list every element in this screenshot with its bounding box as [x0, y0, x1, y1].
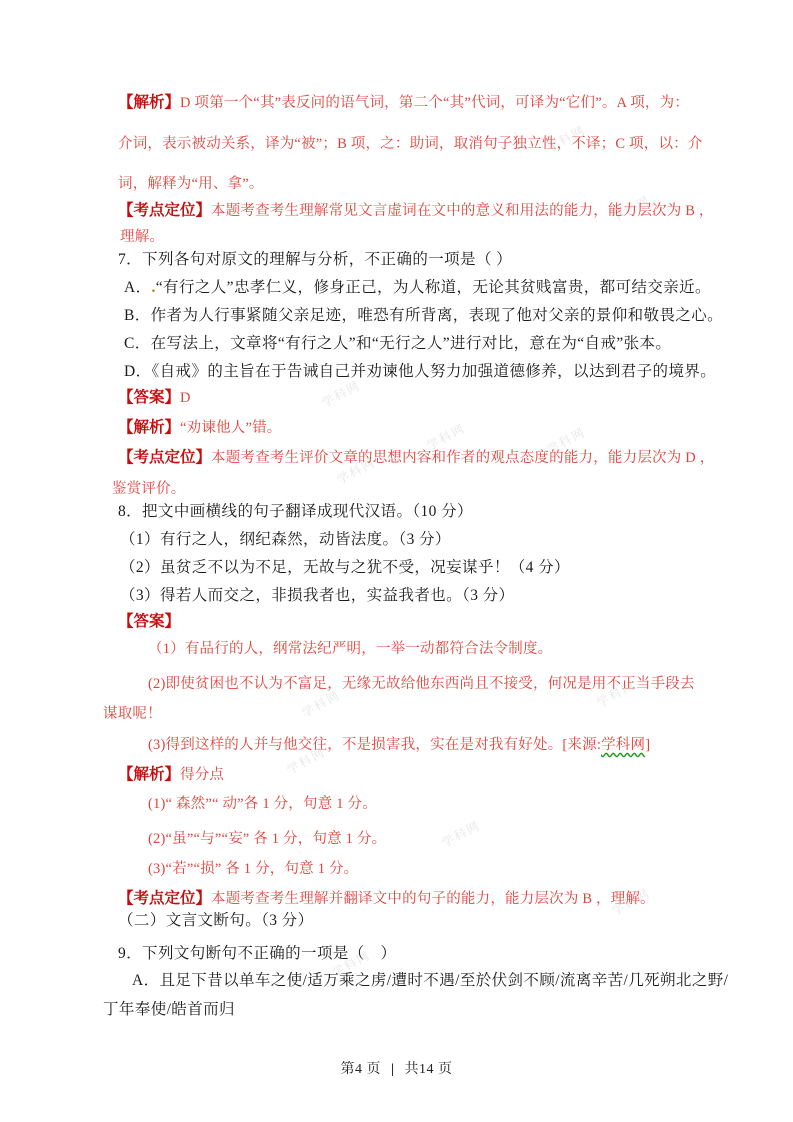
- q8-item2: （2）虽贫乏不以为不足，无故与之犹不受，况妄谋乎！（4 分）: [120, 559, 570, 578]
- source-bracket-close: ]: [645, 737, 650, 753]
- section2-title: （二）文言文断句。（3 分）: [118, 912, 313, 931]
- kaodian-text: 本题考查考生理解常见文言虚词在文中的意义和用法的能力，能力层次为 B ，: [211, 203, 714, 219]
- analysis-text: 介词，表示被动关系，译为“被”；B 项，之：助词，取消句子独立性，不译；C 项，…: [118, 136, 703, 152]
- footer-total-pages: 共14 页: [405, 1062, 453, 1077]
- q7-answer: 【答案】D: [118, 389, 191, 408]
- q6-kaodian-line1: 【考点定位】本题考查考生理解常见文言虚词在文中的意义和用法的能力，能力层次为 B…: [118, 202, 714, 221]
- kaodian-label: 【考点定位】: [118, 449, 211, 466]
- q8-kaodian: 【考点定位】本题考查考生理解并翻译文中的句子的能力，能力层次为 B ，理解。: [118, 890, 655, 909]
- q8-stem: 8．把文中画横线的句子翻译成现代汉语。（10 分）: [118, 503, 473, 522]
- q8-point2: (2)“虽”“与”“妄” 各 1 分，句意 1 分。: [148, 831, 386, 848]
- analysis-text: “劝谏他人”错。: [180, 420, 281, 436]
- q7-stem: 7．下列各句对原文的理解与分析，不正确的一项是（ ）: [118, 251, 512, 270]
- item-text: （2）虽贫乏不以为不足，无故与之犹不受，况妄谋乎！（4 分）: [120, 559, 570, 576]
- analysis-label: 【解析】: [118, 419, 180, 436]
- q8-item3: （3）得若人而交之，非损我者也，实益我者也。（3 分）: [120, 587, 514, 606]
- question-text: 7．下列各句对原文的理解与分析，不正确的一项是（ ）: [118, 251, 512, 268]
- item-text: （3）得若人而交之，非损我者也，实益我者也。（3 分）: [120, 587, 514, 604]
- option-text: B．作者为人行事紧随父亲足迹，唯恐有所背离，表现了他对父亲的景仰和敬畏之心。: [124, 307, 723, 324]
- answer-label: 【答案】: [118, 389, 180, 406]
- analysis-text: 得分点: [180, 767, 224, 783]
- option-text: A．且足下昔以单车之使/适万乘之虏/遭时不遇/至於伏剑不顾/流离辛苦/几死朔北之…: [132, 972, 728, 989]
- q8-answer2-line1: (2)即使贫困也不认为不富足，无缘无故给他东西尚且不接受，何况是用不正当手段去: [148, 676, 695, 693]
- question-text: 9．下列文句断句不正确的一项是（ ）: [118, 945, 396, 962]
- answer-text: D: [180, 390, 191, 406]
- analysis-text: 词，解释为“用、拿”。: [118, 176, 264, 192]
- q7-option-c: C．在写法上，文章将“有行之人”和“无行之人”进行对比，意在为“自戒”张本。: [124, 335, 671, 354]
- q9-option-a-line1: A．且足下昔以单车之使/适万乘之虏/遭时不遇/至於伏剑不顾/流离辛苦/几死朔北之…: [132, 972, 728, 991]
- kaodian-text: 本题考查考生评价文章的思想内容和作者的观点态度的能力，能力层次为 D ，: [211, 450, 714, 466]
- q7-kaodian-line2: 鉴赏评价。: [112, 481, 186, 498]
- q8-item1: （1）有行之人，纲纪森然，动皆法度。（3 分）: [120, 531, 451, 550]
- page-footer: 第4 页|共14 页: [0, 1058, 793, 1078]
- kaodian-text: 本题考查考生理解并翻译文中的句子的能力，能力层次为 B ，理解。: [211, 891, 655, 907]
- q6-analysis-line1: 【解析】D 项第一个“其”表反问的语气词，第二个“其”代词，可译为“它们”。A …: [118, 94, 689, 113]
- footer-separator: |: [381, 1062, 405, 1077]
- q6-analysis-line2: 介词，表示被动关系，译为“被”；B 项，之：助词，取消句子独立性，不译；C 项，…: [118, 136, 703, 153]
- item-text: （1）有行之人，纲纪森然，动皆法度。（3 分）: [120, 531, 451, 548]
- document-page: 学科网 学科网 学科网 学科网 学科网 学科网 学科网 学科网 学科网 学科网 …: [0, 0, 793, 1122]
- answer-text: (2)即使贫困也不认为不富足，无缘无故给他东西尚且不接受，何况是用不正当手段去: [148, 676, 695, 692]
- option-text: 丁年奉使/皓首而归: [103, 1001, 235, 1018]
- answer-text: （1）有品行的人，纲常法纪严明，一举一动都符合法令制度。: [148, 641, 552, 657]
- analysis-label: 【解析】: [118, 94, 180, 111]
- point-text: (2)“虽”“与”“妄” 各 1 分，句意 1 分。: [148, 831, 386, 847]
- answer-text: 谋取呢！: [103, 706, 162, 722]
- analysis-label: 【解析】: [118, 766, 180, 783]
- kaodian-text: 理解。: [120, 229, 164, 245]
- section-title-text: （二）文言文断句。（3 分）: [118, 912, 313, 929]
- q6-analysis-line3: 词，解释为“用、拿”。: [118, 176, 264, 193]
- q9-stem: 9．下列文句断句不正确的一项是（ ）: [118, 945, 396, 964]
- option-prefix: A．: [124, 279, 152, 296]
- q8-answer2-line2: 谋取呢！: [103, 706, 162, 723]
- q8-analysis: 【解析】得分点: [118, 766, 224, 785]
- option-text: C．在写法上，文章将“有行之人”和“无行之人”进行对比，意在为“自戒”张本。: [124, 335, 671, 352]
- q7-option-d: D．《自戒》的主旨在于告诫自己并劝谏他人努力加强道德修养，以达到君子的境界。: [124, 363, 716, 382]
- point-text: (1)“ 森然”“ 动”各 1 分，句意 1 分。: [148, 796, 377, 812]
- kaodian-text: 鉴赏评价。: [112, 481, 186, 497]
- q9-option-a-line2: 丁年奉使/皓首而归: [103, 1001, 235, 1020]
- kaodian-label: 【考点定位】: [118, 890, 211, 907]
- q8-answer-label: 【答案】: [118, 613, 180, 632]
- analysis-text: D 项第一个“其”表反问的语气词，第二个“其”代词，可译为“它们”。A 项，为：: [180, 95, 689, 111]
- q8-answer3: (3)得到这样的人并与他交往，不是损害我，实在是对我有好处。[来源:学科网]: [148, 737, 650, 754]
- q6-kaodian-line2: 理解。: [120, 229, 164, 246]
- q7-kaodian-line1: 【考点定位】本题考查考生评价文章的思想内容和作者的观点态度的能力，能力层次为 D…: [118, 449, 714, 468]
- q7-analysis: 【解析】“劝谏他人”错。: [118, 419, 282, 438]
- point-text: (3)“若”“损” 各 1 分，句意 1 分。: [148, 861, 358, 877]
- q7-option-a: A．.“有行之人”忠孝仁义，修身正己，为人称道，无论其贫贱富贵，都可结交亲近。: [124, 279, 711, 298]
- answer-text: (3)得到这样的人并与他交往，不是损害我，实在是对我有好处。: [148, 737, 562, 753]
- q8-answer1: （1）有品行的人，纲常法纪严明，一举一动都符合法令制度。: [148, 641, 552, 658]
- q7-option-b: B．作者为人行事紧随父亲足迹，唯恐有所背离，表现了他对父亲的景仰和敬畏之心。: [124, 307, 723, 326]
- source-bracket-open: [来源:: [562, 737, 601, 753]
- option-text: “有行之人”忠孝仁义，修身正己，为人称道，无论其贫贱富贵，都可结交亲近。: [156, 279, 711, 296]
- watermark: 学科网: [438, 816, 483, 851]
- q8-point1: (1)“ 森然”“ 动”各 1 分，句意 1 分。: [148, 796, 377, 813]
- footer-page-number: 第4 页: [340, 1062, 381, 1077]
- answer-label: 【答案】: [118, 613, 180, 630]
- kaodian-label: 【考点定位】: [118, 202, 211, 219]
- q8-point3: (3)“若”“损” 各 1 分，句意 1 分。: [148, 861, 358, 878]
- question-text: 8．把文中画横线的句子翻译成现代汉语。（10 分）: [118, 503, 473, 520]
- option-text: D．《自戒》的主旨在于告诫自己并劝谏他人努力加强道德修养，以达到君子的境界。: [124, 363, 716, 380]
- source-site-link[interactable]: 学科网: [601, 737, 645, 753]
